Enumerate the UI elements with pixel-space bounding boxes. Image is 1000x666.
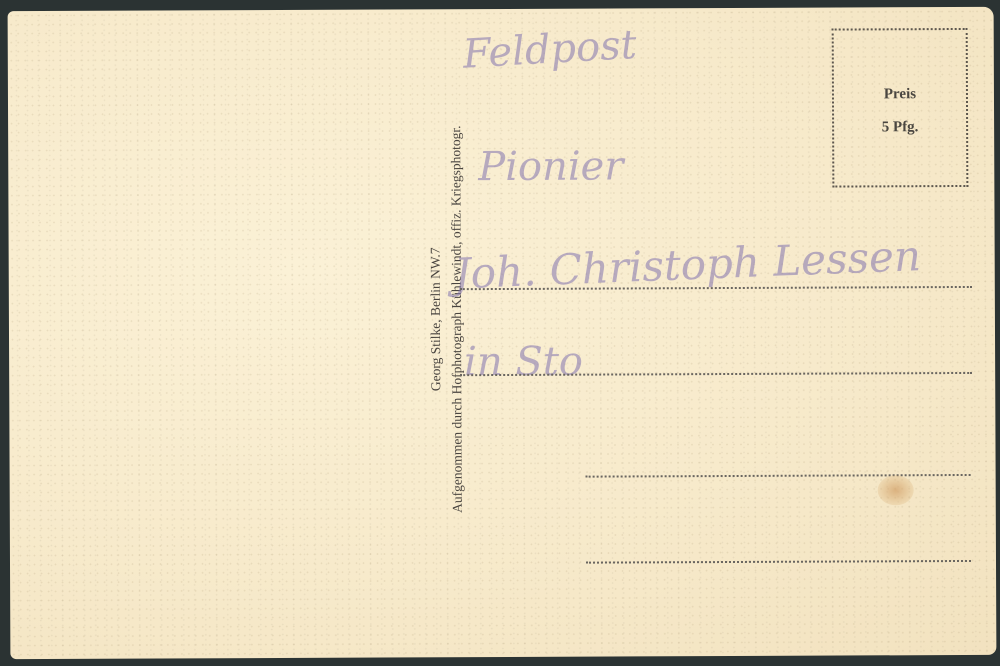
publisher-line: Georg Stilke, Berlin NW.7 bbox=[424, 29, 448, 609]
stamp-box-price: 5 Pfg. bbox=[834, 119, 966, 137]
handwriting-pionier: Pionier bbox=[478, 143, 623, 190]
address-line-3 bbox=[586, 474, 971, 478]
stamp-box: Preis 5 Pfg. bbox=[832, 28, 969, 188]
stamp-box-label: Preis bbox=[834, 86, 966, 104]
stain-mark bbox=[878, 475, 914, 505]
handwriting-feldpost: Feldpost bbox=[462, 22, 638, 78]
address-line-4 bbox=[586, 560, 971, 564]
handwriting-place: in Sto bbox=[464, 339, 583, 386]
photographer-line: Aufgenommen durch Hofphotograph Kühlewin… bbox=[445, 29, 469, 609]
postcard-back: Preis 5 Pfg. Georg Stilke, Berlin NW.7 A… bbox=[8, 7, 997, 659]
publisher-imprint: Georg Stilke, Berlin NW.7 Aufgenommen du… bbox=[424, 29, 469, 609]
